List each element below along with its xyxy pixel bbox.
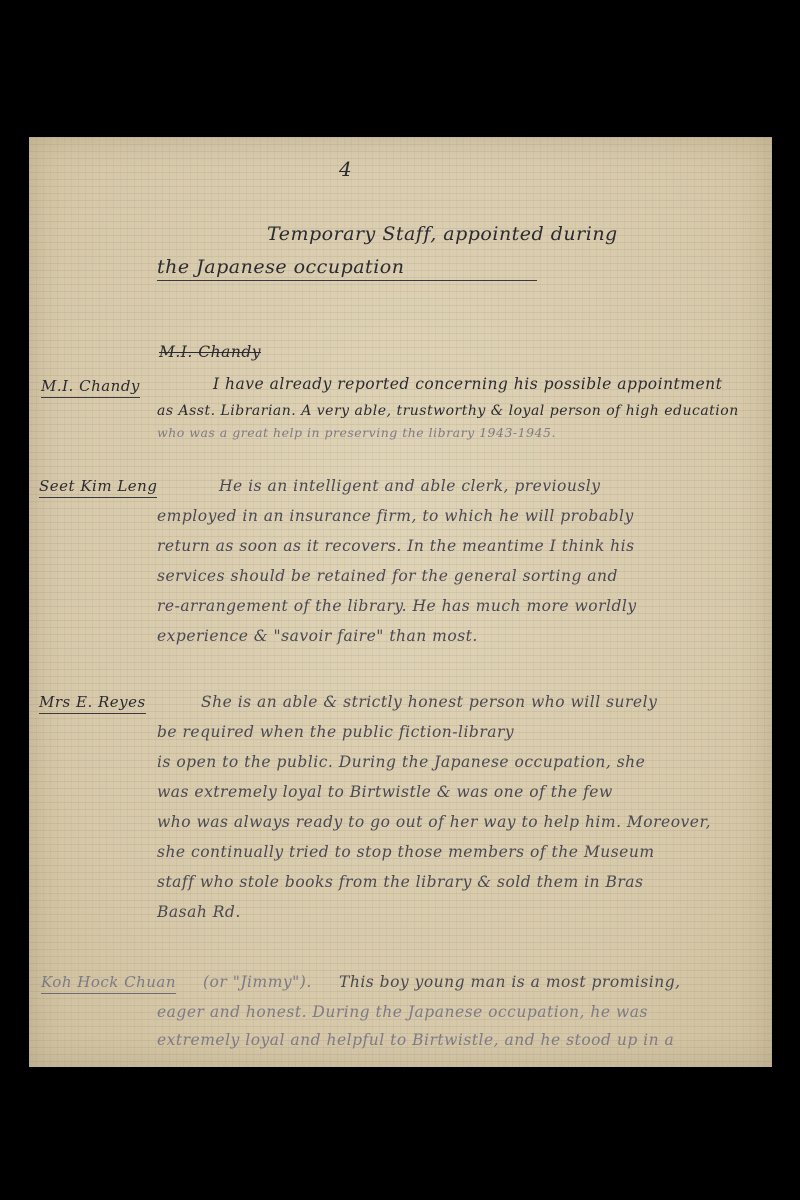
struck-heading: M.I. Chandy xyxy=(159,343,261,361)
entry-name-reyes: Mrs E. Reyes xyxy=(39,693,146,714)
entry-reyes-line-8: Basah Rd. xyxy=(157,903,241,921)
title-line-2: the Japanese occupation xyxy=(157,256,537,281)
entry-reyes-line-4: was extremely loyal to Birtwistle & was … xyxy=(157,783,613,801)
entry-koh-line-2: eager and honest. During the Japanese oc… xyxy=(157,1003,648,1021)
entry-seet-line-6: experience & "savoir faire" than most. xyxy=(157,627,478,645)
entry-chandy-line-1: I have already reported concerning his p… xyxy=(213,375,722,393)
entry-koh-line-3: extremely loyal and helpful to Birtwistl… xyxy=(157,1031,674,1049)
entry-seet-line-1: He is an intelligent and able clerk, pre… xyxy=(219,477,601,495)
entry-seet-line-2: employed in an insurance firm, to which … xyxy=(157,507,634,525)
entry-seet-line-3: return as soon as it recovers. In the me… xyxy=(157,537,635,555)
entry-seet-line-5: re-arrangement of the library. He has mu… xyxy=(157,597,637,615)
entry-reyes-line-2: be required when the public fiction-libr… xyxy=(157,723,514,741)
manuscript-page: 4 Temporary Staff, appointed during the … xyxy=(29,137,772,1067)
entry-chandy-line-3: who was a great help in preserving the l… xyxy=(157,425,556,440)
entry-seet-line-4: services should be retained for the gene… xyxy=(157,567,618,585)
entry-chandy-line-2: as Asst. Librarian. A very able, trustwo… xyxy=(157,403,739,419)
entry-reyes-line-1: She is an able & strictly honest person … xyxy=(201,693,657,711)
entry-name-chandy: M.I. Chandy xyxy=(41,377,140,398)
entry-name-koh: Koh Hock Chuan xyxy=(41,973,176,994)
page-number: 4 xyxy=(339,157,352,181)
entry-koh-name-suffix: (or "Jimmy"). xyxy=(203,973,312,991)
entry-reyes-line-3: is open to the public. During the Japane… xyxy=(157,753,645,771)
entry-koh-line-1: This boy young man is a most promising, xyxy=(339,973,681,991)
entry-name-seet: Seet Kim Leng xyxy=(39,477,157,498)
title-line-1: Temporary Staff, appointed during xyxy=(267,223,618,245)
entry-reyes-line-7: staff who stole books from the library &… xyxy=(157,873,643,891)
entry-reyes-line-6: she continually tried to stop those memb… xyxy=(157,843,655,861)
entry-reyes-line-5: who was always ready to go out of her wa… xyxy=(157,813,711,831)
